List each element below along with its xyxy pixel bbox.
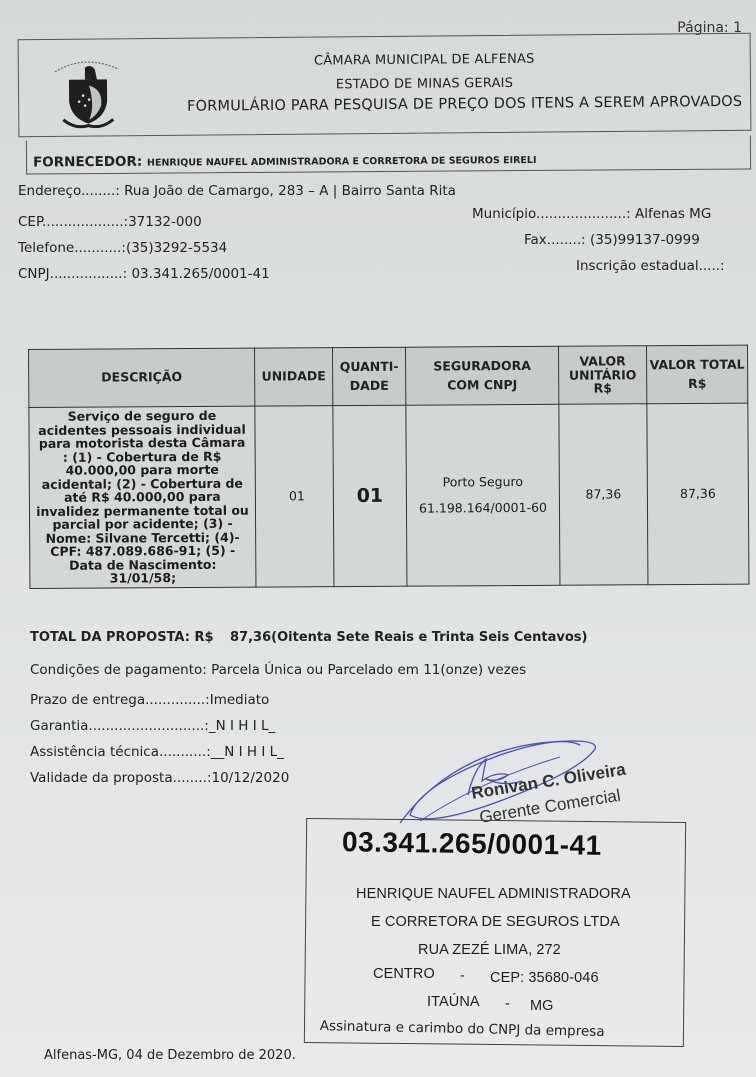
stamp-company-line2: E CORRETORA DE SEGUROS LTDA [371, 914, 620, 930]
supplier-fax: Fax........: (35)99137-0999 [524, 232, 700, 248]
col-quantidade: QUANTI-DADE [332, 347, 405, 405]
supplier-state-registration: Inscrição estadual.....: [576, 258, 725, 274]
proposal-total-value: 87,36(Oitenta Sete Reais e Trinta Seis C… [230, 630, 587, 645]
warranty: Garantia...........................:_N I… [30, 718, 275, 734]
supplier-label: FORNECEDOR: [33, 154, 142, 171]
col-valor-total: VALOR TOTALR$ [646, 345, 747, 404]
proposal-total-label: TOTAL DA PROPOSTA: R$ [30, 630, 214, 645]
insurer-name: Porto Seguro [443, 473, 523, 488]
stamp-address: RUA ZEZÉ LIMA, 272 [418, 942, 561, 958]
supplier-box: FORNECEDOR: HENRIQUE NAUFEL ADMINISTRADO… [26, 135, 751, 174]
col-valor-unitario: VALORUNITÁRIOR$ [558, 346, 646, 405]
stamp-state: MG [530, 998, 554, 1014]
stamp-cnpj: 03.341.265/0001-41 [342, 826, 602, 862]
table-header-row: DESCRIÇÃO UNIDADE QUANTI-DADE SEGURADORA… [29, 345, 748, 407]
header-form-title: FORMULÁRIO PARA PESQUISA DE PREÇO DOS IT… [99, 93, 756, 115]
document-header: CÂMARA MUNICIPAL DE ALFENAS ESTADO DE MI… [18, 33, 752, 137]
supplier-cep: CEP...................:37132-000 [18, 214, 202, 230]
supplier-name: HENRIQUE NAUFEL ADMINISTRADORA E CORRETO… [147, 155, 537, 169]
stamp-cep: CEP: 35680-046 [490, 970, 599, 986]
insurer-cnpj: 61.198.164/0001-60 [419, 500, 547, 516]
stamp-separator-2: - [505, 996, 510, 1012]
header-chamber-name: CÂMARA MUNICIPAL DE ALFENAS [59, 49, 756, 70]
proposal-validity: Validade da proposta........:10/12/2020 [30, 770, 289, 786]
technical-assistance: Assistência técnica...........:__N I H I… [30, 744, 284, 760]
cell-valor-unitario: 87,36 [559, 404, 648, 585]
stamp-district: CENTRO [373, 966, 435, 982]
document-page: Página: 1 CÂMARA MUNICIPAL DE ALFENAS ES… [0, 0, 756, 1077]
header-state-name: ESTADO DE MINAS GERAIS [59, 73, 756, 94]
stamp-company-line1: HENRIQUE NAUFEL ADMINISTRADORA [356, 886, 631, 902]
cell-descricao: Serviço de seguro de acidentes pessoais … [29, 406, 256, 588]
cell-unidade: 01 [255, 406, 334, 587]
supplier-address: Endereço........: Rua João de Camargo, 2… [18, 183, 456, 199]
place-and-date: Alfenas-MG, 04 de Dezembro de 2020. [44, 1048, 296, 1063]
cell-valor-total: 87,36 [647, 403, 749, 584]
supplier-municipality: Município.....................: Alfenas … [472, 206, 711, 222]
items-table: DESCRIÇÃO UNIDADE QUANTI-DADE SEGURADORA… [28, 345, 749, 589]
cell-quantidade: 01 [333, 405, 407, 586]
stamp-separator: - [460, 968, 465, 984]
table-row: Serviço de seguro de acidentes pessoais … [29, 403, 749, 588]
col-descricao: DESCRIÇÃO [29, 348, 255, 407]
col-unidade: UNIDADE [254, 348, 332, 406]
supplier-phone: Telefone...........:(35)3292-5534 [18, 240, 227, 256]
proposal-total: TOTAL DA PROPOSTA: R$ 87,36(Oitenta Sete… [30, 630, 587, 645]
stamp-city: ITAÚNA [427, 994, 480, 1010]
col-seguradora: SEGURADORACOM CNPJ [405, 346, 558, 405]
cell-seguradora: Porto Seguro 61.198.164/0001-60 [406, 404, 560, 585]
payment-conditions: Condições de pagamento: Parcela Única ou… [30, 662, 526, 678]
supplier-heading: FORNECEDOR: HENRIQUE NAUFEL ADMINISTRADO… [33, 151, 537, 171]
delivery-deadline: Prazo de entrega..............:Imediato [30, 692, 269, 708]
supplier-cnpj: CNPJ.................: 03.341.265/0001-4… [18, 266, 270, 282]
